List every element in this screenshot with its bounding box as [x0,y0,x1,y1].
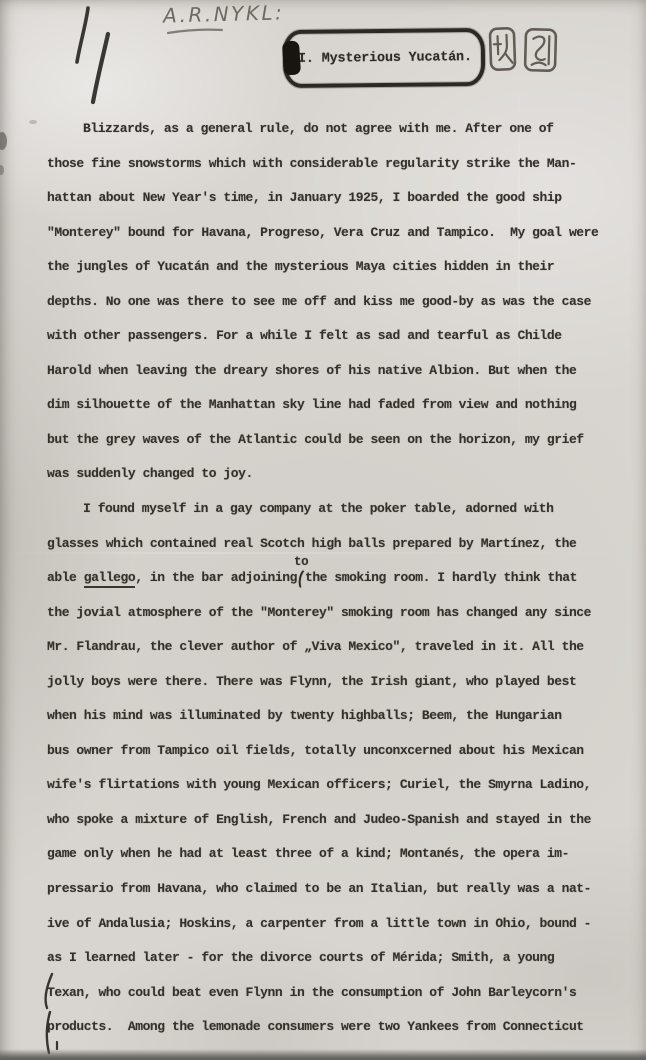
pen-stroke-mark [77,8,88,62]
typescript-line: when his mind was illuminated by twenty … [47,699,598,734]
scan-edge-shadow [0,1049,646,1060]
handwritten-author-name: A.R.NYKL: [163,0,285,27]
line-segment: able [47,570,84,585]
typescript-line: bus owner from Tampico oil fields, total… [47,734,598,769]
typescript-line: as I learned later - for the divorce cou… [47,941,598,976]
ink-blot-icon [282,40,301,75]
typescript-line: hattan about New Year's time, in January… [47,181,598,216]
line-segment: , in the bar adjoining [135,570,297,585]
typescript-line: Harold when leaving the dreary shores of… [47,354,598,389]
typescript-line-with-insertion: able gallego, in the bar adjoiningto(the… [47,561,598,596]
typescript-line: ive of Andalusia; Hoskins, a carpenter f… [47,907,598,942]
manuscript-page: A.R.NYKL: I. Mysterious Yucatán. Blizzar… [0,0,646,1060]
typescript-line: those fine snowstorms which with conside… [47,147,598,182]
line-segment: the smoking room. I hardly think that [305,570,577,585]
typescript-line: Blizzards, as a general rule, do not agr… [47,112,598,147]
typescript-line: Texan, who could beat even Flynn in the … [47,976,598,1011]
typescript-line: but the grey waves of the Atlantic could… [47,423,598,458]
pencil-underline [168,30,222,33]
insertion-caret: to( [297,561,305,596]
typescript-line: jolly boys were there. There was Flynn, … [47,665,598,700]
paper-crease [0,552,646,554]
typescript-line: the jungles of Yucatán and the mysteriou… [47,250,598,285]
title-box: I. Mysterious Yucatán. [283,28,486,88]
typescript-body: Blizzards, as a general rule, do not agr… [47,112,598,1045]
typescript-line: "Monterey" bound for Havana, Progreso, V… [47,216,598,251]
typescript-line: I found myself in a gay company at the p… [47,492,598,527]
scan-smudges [0,120,37,175]
typescript-line: glasses which contained real Scotch high… [47,527,598,562]
typescript-line: who spoke a mixture of English, French a… [47,803,598,838]
typescript-line: depths. No one was there to see me off a… [47,285,598,320]
page-title: I. Mysterious Yucatán. [287,50,472,67]
typescript-line: products. Among the lemonade consumers w… [47,1010,598,1045]
seal-stamp-icon [488,27,517,72]
paper-crease [518,80,520,470]
typescript-line: dim silhouette of the Manhattan sky line… [47,388,598,423]
typescript-line: was suddenly changed to joy. [47,457,598,492]
underlined-word: gallego [84,570,135,588]
typescript-line: Mr. Flandrau, the clever author of „Viva… [47,630,598,665]
typescript-line: with other passengers. For a while I fel… [47,319,598,354]
typescript-line: game only when he had at least three of … [47,837,598,872]
typescript-line: wife's flirtations with young Mexican of… [47,768,598,803]
pen-stroke-mark [93,34,108,102]
typescript-line: the jovial atmosphere of the "Monterey" … [47,596,598,631]
seal-stamp-icon [523,28,557,73]
typescript-line: pressario from Havana, who claimed to be… [47,872,598,907]
